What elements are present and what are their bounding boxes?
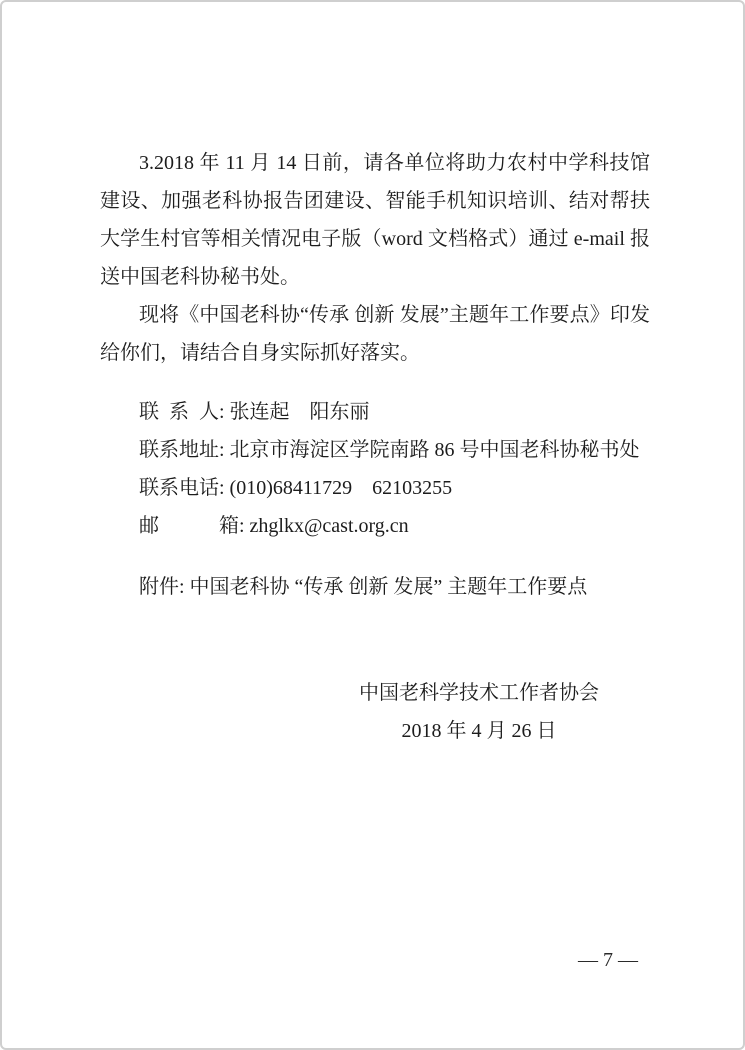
document-page: 3.2018 年 11 月 14 日前，请各单位将助力农村中学科技馆建设、加强老…: [0, 0, 745, 1050]
signature-date: 2018 年 4 月 26 日: [359, 712, 599, 750]
contact-email-line: 邮 箱: zhglkx@cast.org.cn: [139, 507, 650, 545]
contact-block: 联 系 人: 张连起 阳东丽 联系地址: 北京市海淀区学院南路 86 号中国老科…: [100, 393, 650, 545]
document-body: 3.2018 年 11 月 14 日前，请各单位将助力农村中学科技馆建设、加强老…: [100, 144, 650, 750]
contact-phone-line: 联系电话: (010)68411729 62103255: [139, 469, 650, 507]
contact-person-line: 联 系 人: 张连起 阳东丽: [139, 393, 650, 431]
signature-block: 中国老科学技术工作者协会 2018 年 4 月 26 日: [100, 674, 650, 750]
attachment-line: 附件: 中国老科协 “传承 创新 发展” 主题年工作要点: [100, 568, 650, 606]
paragraph-issue-notice: 现将《中国老科协“传承 创新 发展”主题年工作要点》印发给你们，请结合自身实际抓…: [100, 296, 650, 372]
contact-address-line: 联系地址: 北京市海淀区学院南路 86 号中国老科协秘书处: [139, 431, 650, 469]
paragraph-deadline-notice: 3.2018 年 11 月 14 日前，请各单位将助力农村中学科技馆建设、加强老…: [100, 144, 650, 296]
signature-organization: 中国老科学技术工作者协会: [359, 674, 599, 712]
page-number: — 7 —: [578, 941, 638, 979]
